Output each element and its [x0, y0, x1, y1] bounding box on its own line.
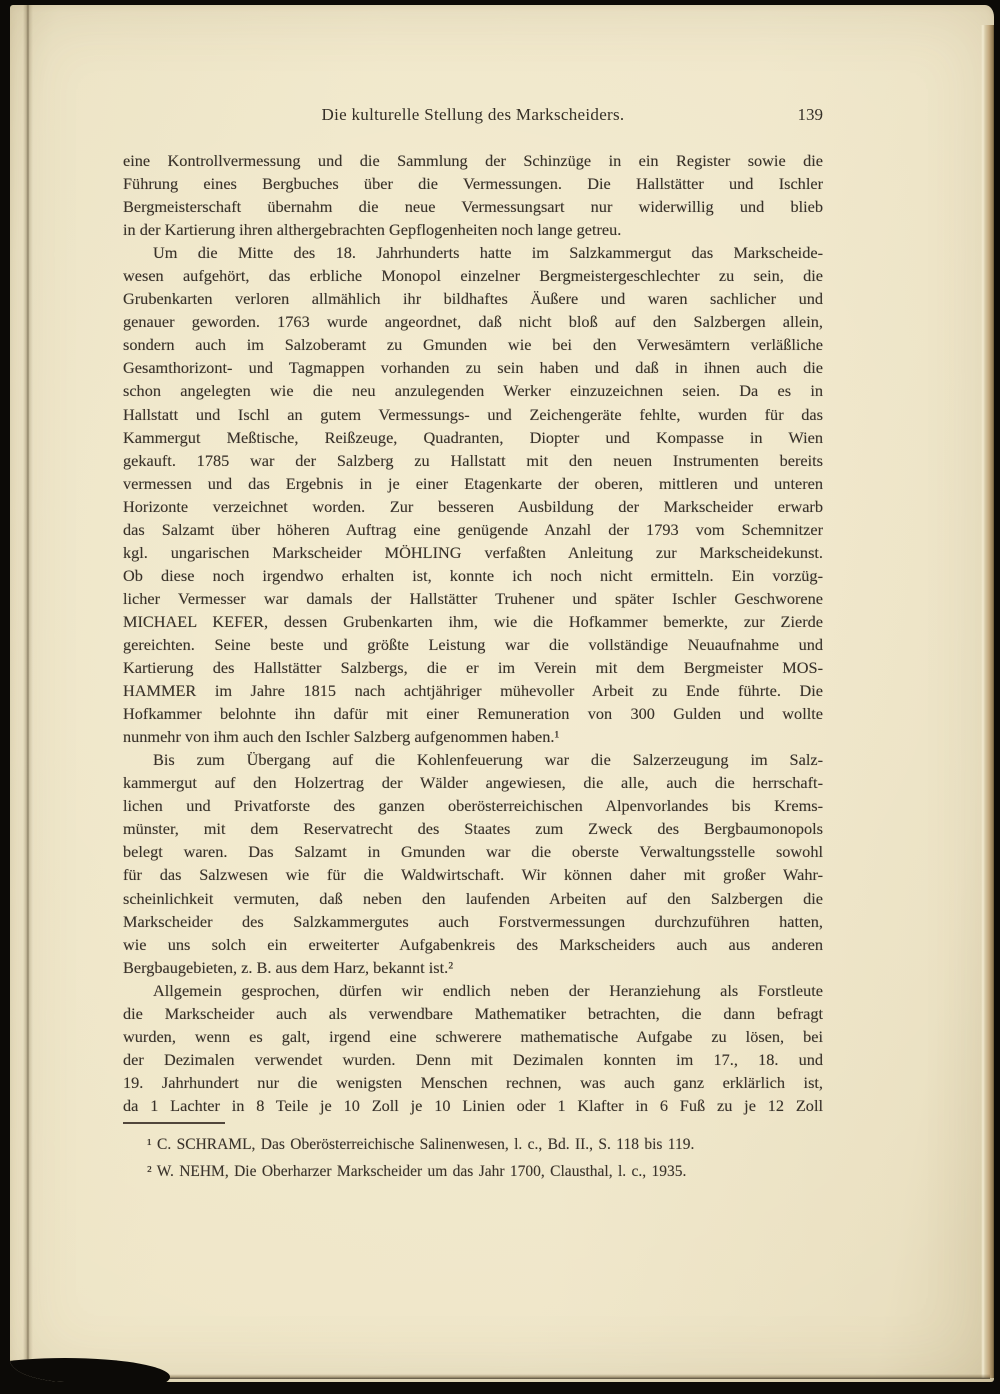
- text-line: Gesamthorizont- und Tagmappen vorhanden …: [123, 356, 823, 379]
- book-page: Die kulturelle Stellung des Markscheider…: [10, 5, 994, 1382]
- text-line: vermessen und das Ergebnis in je einer E…: [123, 472, 823, 495]
- text-line: licher Vermesser war damals der Hallstät…: [123, 587, 823, 610]
- footnote: ² W. NEHM, Die Oberharzer Markscheider u…: [123, 1158, 823, 1185]
- text-line: Horizonte verzeichnet worden. Zur besser…: [123, 495, 823, 518]
- text-line: Grubenkarten verloren allmählich ihr bil…: [123, 287, 823, 310]
- text-line: wesen aufgehört, das erbliche Monopol ei…: [123, 264, 823, 287]
- text-line: da 1 Lachter in 8 Teile je 10 Zoll je 10…: [123, 1094, 823, 1117]
- text-line: gereichten. Seine beste und größte Leist…: [123, 633, 823, 656]
- text-line: Allgemein gesprochen, dürfen wir endlich…: [123, 979, 823, 1002]
- text-line: Bergmeisterschaft übernahm die neue Verm…: [123, 195, 823, 218]
- text-line: Bergbaugebieten, z. B. aus dem Harz, bek…: [123, 956, 823, 979]
- text-line: belegt waren. Das Salzamt in Gmunden war…: [123, 840, 823, 863]
- text-line: HAMMER im Jahre 1815 nach achtjähriger m…: [123, 679, 823, 702]
- text-line: das Salzamt über höheren Auftrag eine ge…: [123, 518, 823, 541]
- text-line: für das Salzwesen wie für die Waldwirtsc…: [123, 863, 823, 886]
- text-line: Kartierung des Hallstätter Salzbergs, di…: [123, 656, 823, 679]
- body-text: eine Kontrollvermessung und die Sammlung…: [123, 149, 823, 1117]
- text-line: genauer geworden. 1763 wurde angeordnet,…: [123, 310, 823, 333]
- text-line: in der Kartierung ihren althergebrachten…: [123, 218, 823, 241]
- text-line: Bis zum Übergang auf die Kohlenfeuerung …: [123, 748, 823, 771]
- text-line: wie uns solch ein erweiterter Aufgabenkr…: [123, 933, 823, 956]
- text-line: Ob diese noch irgendwo erhalten ist, kon…: [123, 564, 823, 587]
- text-line: lichen und Privatforste des ganzen oberö…: [123, 794, 823, 817]
- binding-fold-shadow: [23, 5, 33, 1382]
- footnotes: ¹ C. SCHRAML, Das Oberösterreichische Sa…: [123, 1131, 823, 1185]
- page-edge-bottom: [160, 1374, 990, 1379]
- text-line: Um die Mitte des 18. Jahrhunderts hatte …: [123, 241, 823, 264]
- text-line: Hallstatt und Ischl an gutem Vermessungs…: [123, 403, 823, 426]
- text-line: MICHAEL KEFER, dessen Grubenkarten ihm, …: [123, 610, 823, 633]
- text-line: Führung eines Bergbuches über die Vermes…: [123, 172, 823, 195]
- text-line: gekauft. 1785 war der Salzberg zu Hallst…: [123, 449, 823, 472]
- text-line: Hofkammer belohnte ihn dafür mit einer R…: [123, 702, 823, 725]
- text-line: scheinlichkeit vermuten, daß neben den l…: [123, 887, 823, 910]
- text-line: kgl. ungarischen Markscheider MÖHLING ve…: [123, 541, 823, 564]
- text-line: kammergut auf den Holzertrag der Wälder …: [123, 771, 823, 794]
- text-line: 19. Jahrhundert nur die wenigsten Mensch…: [123, 1071, 823, 1094]
- text-line: Kammergut Meßtische, Reißzeuge, Quadrant…: [123, 426, 823, 449]
- page-edge-right: [981, 25, 994, 1378]
- running-header: Die kulturelle Stellung des Markscheider…: [123, 104, 823, 126]
- text-line: schon angelegten wie die neu anzulegende…: [123, 379, 823, 402]
- page-corner-shadow: [10, 1358, 170, 1382]
- running-header-title: Die kulturelle Stellung des Markscheider…: [123, 104, 823, 126]
- text-line: sondern auch im Salzoberamt zu Gmunden w…: [123, 333, 823, 356]
- text-line: Markscheider des Salzkammergutes auch Fo…: [123, 910, 823, 933]
- text-line: münster, mit dem Reservatrecht des Staat…: [123, 817, 823, 840]
- text-line: wurden, wenn es galt, irgend eine schwer…: [123, 1025, 823, 1048]
- text-line: eine Kontrollvermessung und die Sammlung…: [123, 149, 823, 172]
- footnote-separator: [123, 1122, 225, 1124]
- page-number: 139: [798, 104, 824, 126]
- text-line: der Dezimalen verwendet wurden. Denn mit…: [123, 1048, 823, 1071]
- text-line: die Markscheider auch als verwendbare Ma…: [123, 1002, 823, 1025]
- text-line: nunmehr von ihm auch den Ischler Salzber…: [123, 725, 823, 748]
- footnote: ¹ C. SCHRAML, Das Oberösterreichische Sa…: [123, 1131, 823, 1158]
